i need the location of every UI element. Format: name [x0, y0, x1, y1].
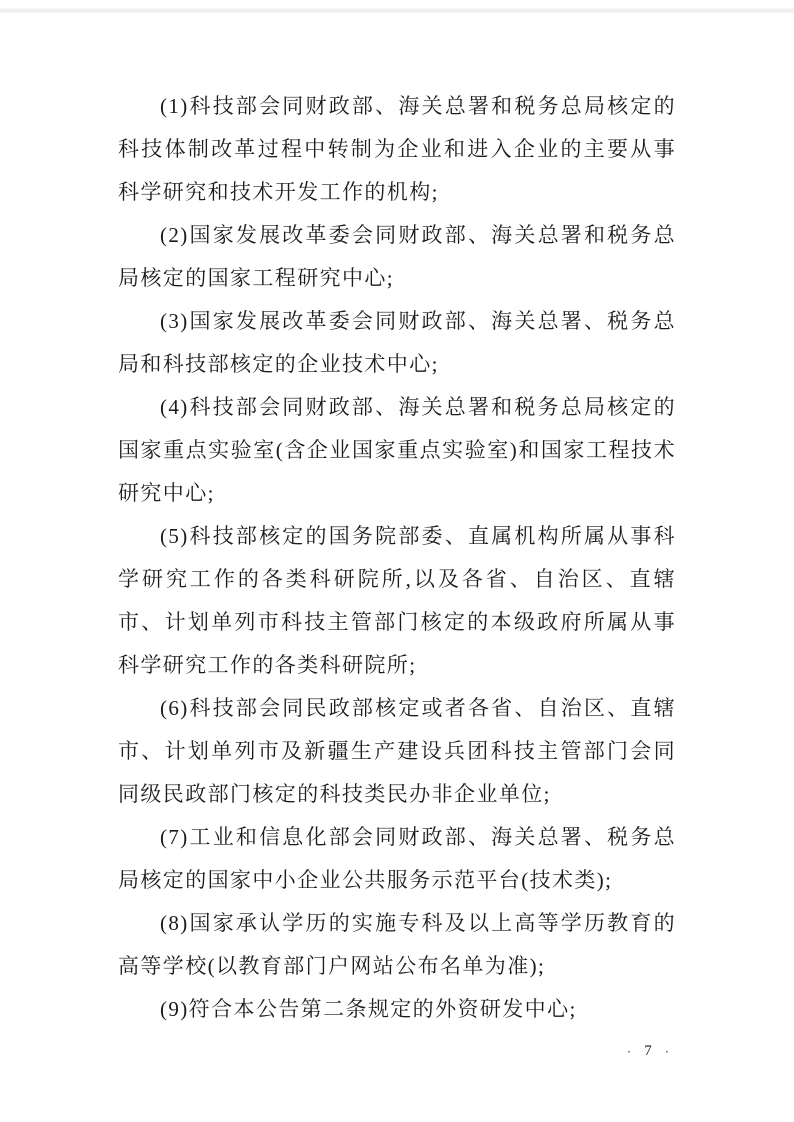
paragraph-item-6: (6)科技部会同民政部核定或者各省、自治区、直辖市、计划单列市及新疆生产建设兵团… [118, 687, 676, 816]
document-page: (1)科技部会同财政部、海关总署和税务总局核定的科技体制改革过程中转制为企业和进… [0, 0, 794, 1122]
paragraph-item-3: (3)国家发展改革委会同财政部、海关总署、税务总局和科技部核定的企业技术中心; [118, 300, 676, 386]
paragraph-item-4: (4)科技部会同财政部、海关总署和税务总局核定的国家重点实验室(含企业国家重点实… [118, 386, 676, 515]
footer-right-dot: · [665, 1045, 669, 1058]
footer-left-dot: · [627, 1045, 631, 1058]
paragraph-item-5: (5)科技部核定的国务院部委、直属机构所属从事科学研究工作的各类科研院所,以及各… [118, 515, 676, 687]
page-footer: · 7 · [612, 1040, 684, 1062]
document-body: (1)科技部会同财政部、海关总署和税务总局核定的科技体制改革过程中转制为企业和进… [118, 85, 676, 1031]
paragraph-item-1: (1)科技部会同财政部、海关总署和税务总局核定的科技体制改革过程中转制为企业和进… [118, 85, 676, 214]
paragraph-item-9: (9)符合本公告第二条规定的外资研发中心; [118, 988, 676, 1031]
paragraph-item-7: (7)工业和信息化部会同财政部、海关总署、税务总局核定的国家中小企业公共服务示范… [118, 816, 676, 902]
paragraph-item-2: (2)国家发展改革委会同财政部、海关总署和税务总局核定的国家工程研究中心; [118, 214, 676, 300]
paragraph-item-8: (8)国家承认学历的实施专科及以上高等学历教育的高等学校(以教育部门户网站公布名… [118, 902, 676, 988]
page-number: 7 [644, 1044, 652, 1059]
scan-artifact-line [0, 9, 794, 12]
